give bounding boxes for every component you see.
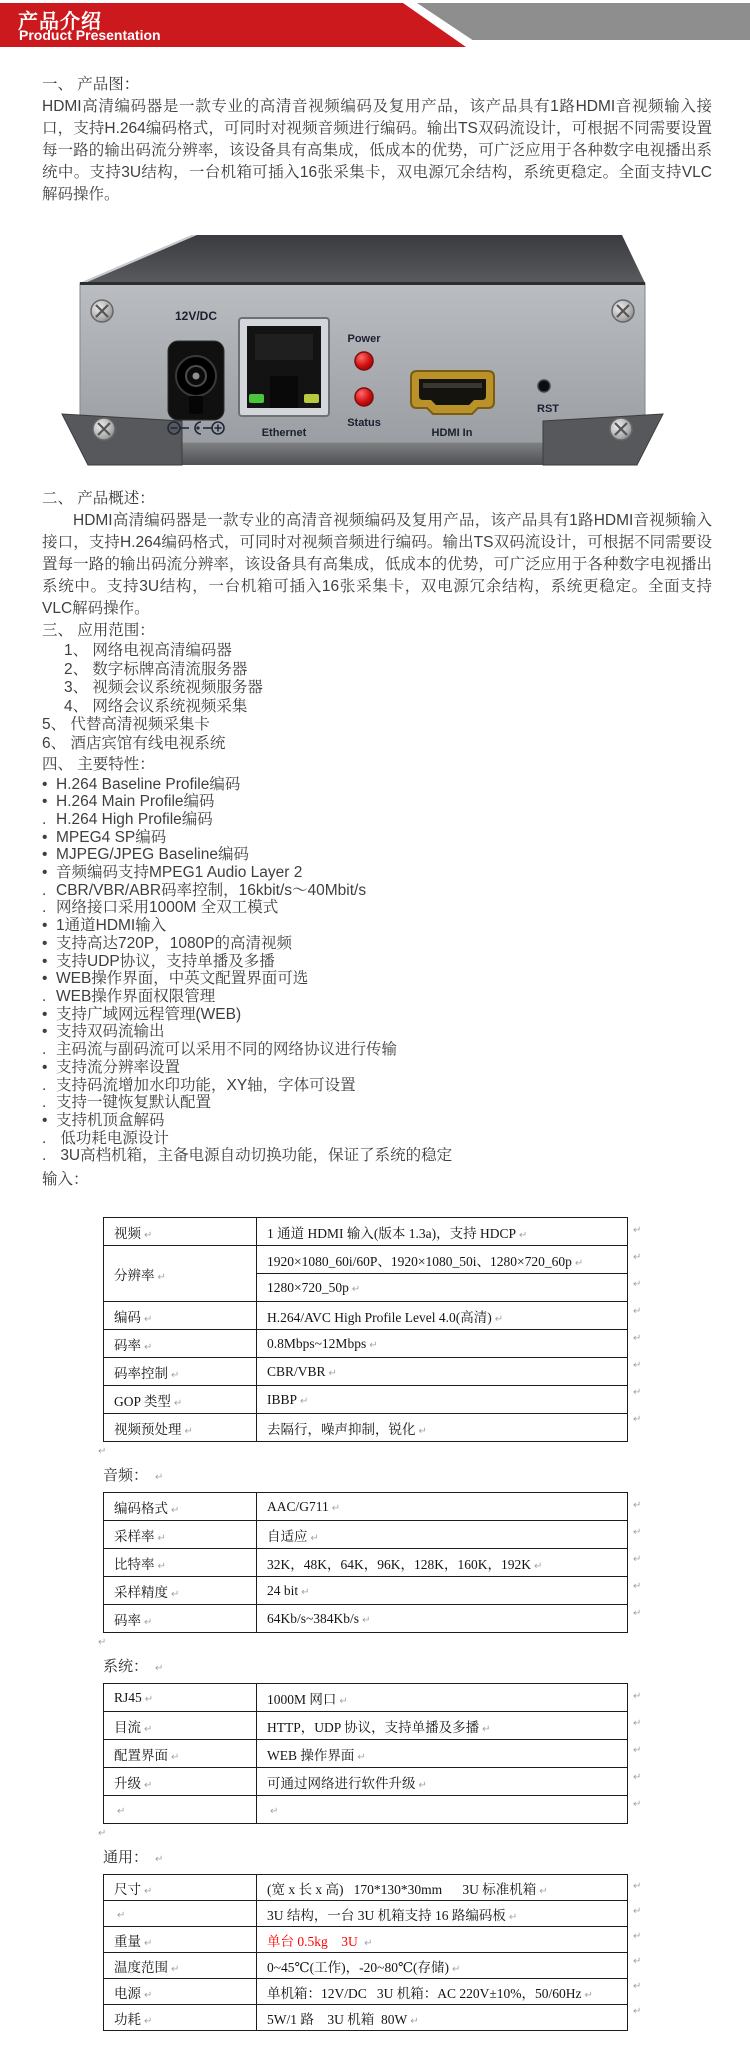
ethernet-port [239, 318, 329, 416]
row-end-marks: ↵↵↵↵↵ [633, 1683, 641, 1818]
feature-item: .支持一键恢复默认配置 [42, 1094, 712, 1112]
list-item: 2、 数字标牌高清流服务器 [64, 661, 712, 680]
spec-label-cell: 温度范围↵ [104, 1953, 257, 1979]
paragraph-mark: ↵ [144, 1314, 152, 1325]
table-row: 码率↵ 64Kb/s~384Kb/s↵ [104, 1605, 628, 1633]
ethernet-led-right [304, 394, 319, 403]
list-item: 6、 酒店宾馆有线电视系统 [42, 735, 712, 754]
feature-item: •MPEG4 SP编码 [42, 829, 712, 847]
paragraph-mark: ↵ [575, 1258, 583, 1269]
power-led-label: Power [347, 333, 381, 345]
row-end-marks: ↵↵↵↵↵ [633, 1492, 641, 1627]
video-spec-table: 视频↵ 1 通道 HDMI 输入(版本 1.3a)，支持 HDCP↵ 分辨率↵ … [103, 1217, 628, 1442]
spec-value-cell: 32K，48K，64K，96K，128K，160K，192K↵ [257, 1549, 628, 1577]
section-1-paragraph: HDMI高清编码器是一款专业的高清音视频编码及复用产品，该产品具有1路HDMI音… [42, 96, 712, 206]
feature-item: . 低功耗电源设计 [42, 1130, 712, 1148]
feature-item: •支持广域网远程管理(WEB) [42, 1006, 712, 1024]
spec-label-cell: ↵ [104, 1901, 257, 1927]
paragraph-mark: ↵ [174, 1398, 182, 1409]
feature-item: .网络接口采用1000M 全双工模式 [42, 899, 712, 917]
feature-item: •MJPEG/JPEG Baseline编码 [42, 846, 712, 864]
list-item: 4、 网络会议系统视频采集 [64, 698, 712, 717]
section-4-heading: 四、 主要特性： [42, 754, 712, 776]
table-row: 电源↵ 单机箱：12V/DC 3U 机箱：AC 220V±10%，50/60Hz… [104, 1979, 628, 2005]
paragraph-mark: ↵ [495, 1314, 503, 1325]
paragraph-mark: ↵ [98, 1827, 712, 1840]
spec-value-cell: ↵ [257, 1796, 628, 1824]
ethernet-led-left [249, 394, 264, 403]
bullet-marker: . [42, 1041, 56, 1059]
paragraph-mark: ↵ [155, 1468, 163, 1488]
spec-value-cell: WEB 操作界面↵ [257, 1740, 628, 1768]
spec-value-cell: 自适应↵ [257, 1521, 628, 1549]
paragraph-mark: ↵ [519, 1230, 527, 1241]
spec-value-cell: IBBP↵ [257, 1386, 628, 1414]
table-row: 功耗↵ 5W/1 路 3U 机箱 80W↵ [104, 2005, 628, 2031]
bullet-marker: • [42, 864, 56, 882]
bullet-marker: • [42, 970, 56, 988]
table-row: 码率↵ 0.8Mbps~12Mbps↵ [104, 1330, 628, 1358]
status-led-label: Status [347, 417, 381, 429]
table-row: 分辨率↵ 1920×1080_60i/60P、1920×1080_50i、128… [104, 1246, 628, 1274]
paragraph-mark: ↵ [185, 1426, 193, 1437]
bullet-marker: . [42, 882, 56, 900]
list-item: 1、 网络电视高清编码器 [64, 642, 712, 661]
feature-item: •支持流分辨率设置 [42, 1059, 712, 1077]
spec-label-cell: 比特率↵ [104, 1549, 257, 1577]
bullet-marker: • [42, 1006, 56, 1024]
table-row: 采样精度↵ 24 bit↵ [104, 1577, 628, 1605]
bullet-marker: • [42, 793, 56, 811]
table-row: 采样率↵ 自适应↵ [104, 1521, 628, 1549]
bullet-marker: • [42, 846, 56, 864]
reset-button [538, 380, 550, 392]
page-header-banner: 产品介绍 Product Presentation [0, 0, 750, 50]
system-table-title: 系统：↵ [103, 1657, 712, 1679]
feature-item: •H.264 Baseline Profile编码 [42, 776, 712, 794]
audio-table-title: 音频：↵ [103, 1466, 712, 1488]
spec-value-cell: 可通过网络进行软件升级↵ [257, 1768, 628, 1796]
power-led [355, 352, 373, 370]
table-row: 目流↵ HTTP，UDP 协议，支持单播及多播↵ [104, 1712, 628, 1740]
paragraph-mark: ↵ [369, 1340, 377, 1351]
paragraph-mark: ↵ [144, 1342, 152, 1353]
paragraph-mark: ↵ [171, 1370, 179, 1381]
bullet-marker: . [42, 1130, 56, 1148]
spec-label-cell: 码率↵ [104, 1330, 257, 1358]
spec-label-cell: 重量↵ [104, 1927, 257, 1953]
spec-label-cell: 目流↵ [104, 1712, 257, 1740]
feature-item: •支持高达720P，1080P的高清视频 [42, 935, 712, 953]
spec-value-cell: 0.8Mbps~12Mbps↵ [257, 1330, 628, 1358]
bullet-marker: . [42, 988, 56, 1006]
device-right-mount-ear [543, 414, 663, 465]
hdmi-port [411, 371, 494, 414]
general-spec-table: 尺寸↵ (宽 x 长 x 高) 170*130*30mm 3U 标准机箱↵ ↵ … [103, 1874, 628, 2031]
bullet-marker: • [42, 1023, 56, 1041]
screw-bottom-right [610, 418, 632, 440]
spec-value-cell: 5W/1 路 3U 机箱 80W↵ [257, 2005, 628, 2031]
spec-value-cell: (宽 x 长 x 高) 170*130*30mm 3U 标准机箱↵ [257, 1875, 628, 1901]
table-row: 视频↵ 1 通道 HDMI 输入(版本 1.3a)，支持 HDCP↵ [104, 1218, 628, 1246]
table-row: 码率控制↵ CBR/VBR↵ [104, 1358, 628, 1386]
status-led [355, 388, 373, 406]
feature-item: .H.264 High Profile编码 [42, 811, 712, 829]
spec-label-cell: 码率↵ [104, 1605, 257, 1633]
feature-list: •H.264 Baseline Profile编码 •H.264 Main Pr… [42, 776, 712, 1165]
table-row: RJ45↵ 1000M 网口↵ [104, 1684, 628, 1712]
spec-value-cell: 3U 结构，一台 3U 机箱支持 16 路编码板↵ [257, 1901, 628, 1927]
feature-item: •支持UDP协议，支持单播及多播 [42, 953, 712, 971]
spec-label-cell: 电源↵ [104, 1979, 257, 2005]
paragraph-mark: ↵ [352, 1284, 360, 1295]
feature-item: •音频编码支持MPEG1 Audio Layer 2 [42, 864, 712, 882]
device-left-mount-ear [62, 414, 182, 465]
table-row: 编码格式↵ AAC/G711↵ [104, 1493, 628, 1521]
spec-value-cell: HTTP，UDP 协议，支持单播及多播↵ [257, 1712, 628, 1740]
spec-value-cell: 单机箱：12V/DC 3U 机箱：AC 220V±10%，50/60Hz↵ [257, 1979, 628, 2005]
paragraph-mark: ↵ [329, 1368, 337, 1379]
paragraph-mark: ↵ [419, 1426, 427, 1437]
page-subtitle: Product Presentation [19, 27, 161, 43]
spec-value-cell: 0~45℃(工作)，-20~80℃(存储)↵ [257, 1953, 628, 1979]
reset-label: RST [537, 403, 559, 415]
table-row: 比特率↵ 32K，48K，64K，96K，128K，160K，192K↵ [104, 1549, 628, 1577]
spec-label-cell: 采样精度↵ [104, 1577, 257, 1605]
spec-value-cell: 64Kb/s~384Kb/s↵ [257, 1605, 628, 1633]
spec-value-cell: 1280×720_50p↵ [257, 1274, 628, 1302]
section-1-heading: 一、 产品图： [42, 74, 712, 96]
feature-item: •1通道HDMI输入 [42, 917, 712, 935]
row-end-marks: ↵↵↵↵↵↵↵↵ [633, 1217, 641, 1433]
bullet-marker: . [42, 811, 56, 829]
spec-label-cell: 采样率↵ [104, 1521, 257, 1549]
application-list: 1、 网络电视高清编码器 2、 数字标牌高清流服务器 3、 视频会议系统视频服务… [42, 642, 712, 754]
bullet-marker: • [42, 953, 56, 971]
feature-item: •WEB操作界面，中英文配置界面可选 [42, 970, 712, 988]
feature-item: •H.264 Main Profile编码 [42, 793, 712, 811]
bullet-marker: • [42, 1059, 56, 1077]
table-row: 温度范围↵ 0~45℃(工作)，-20~80℃(存储)↵ [104, 1953, 628, 1979]
feature-item: •支持双码流输出 [42, 1023, 712, 1041]
feature-item: .CBR/VBR/ABR码率控制，16kbit/s～40Mbit/s [42, 882, 712, 900]
spec-label-cell: ↵ [104, 1796, 257, 1824]
paragraph-mark: ↵ [98, 1445, 712, 1458]
screw-bottom-left [93, 418, 115, 440]
paragraph-mark: ↵ [155, 1659, 163, 1679]
row-end-marks: ↵↵↵↵↵↵ [633, 1874, 641, 2024]
feature-item: •支持机顶盒解码 [42, 1112, 712, 1130]
feature-item: .主码流与副码流可以采用不同的网络协议进行传输 [42, 1041, 712, 1059]
device-top-face [80, 235, 645, 283]
bullet-marker: • [42, 935, 56, 953]
paragraph-mark: ↵ [144, 1230, 152, 1241]
feature-item: . 3U高档机箱，主备电源自动切换功能，保证了系统的稳定 [42, 1147, 712, 1165]
input-section-label: 输入： [42, 1169, 712, 1191]
product-photo: 12V/DC Ethernet Power [42, 218, 712, 468]
table-row: 尺寸↵ (宽 x 长 x 高) 170*130*30mm 3U 标准机箱↵ [104, 1875, 628, 1901]
table-row: ↵ 3U 结构，一台 3U 机箱支持 16 路编码板↵ [104, 1901, 628, 1927]
spec-label-cell: 配置界面↵ [104, 1740, 257, 1768]
table-row: 配置界面↵ WEB 操作界面↵ [104, 1740, 628, 1768]
section-2-paragraph: HDMI高清编码器是一款专业的高清音视频编码及复用产品，该产品具有1路HDMI音… [42, 510, 712, 620]
feature-item: .支持码流增加水印功能，XY轴，字体可设置 [42, 1077, 712, 1095]
spec-label-cell: 视频预处理↵ [104, 1414, 257, 1442]
table-row: 视频预处理↵ 去隔行，噪声抑制，锐化↵ [104, 1414, 628, 1442]
weight-value-red: 单台 0.5kg 3U [267, 1934, 361, 1949]
general-table-title: 通用：↵ [103, 1848, 712, 1870]
bullet-marker: • [42, 917, 56, 935]
spec-value-cell: H.264/AVC High Profile Level 4.0(高清)↵ [257, 1302, 628, 1330]
screw-top-right [612, 300, 634, 322]
system-spec-table: RJ45↵ 1000M 网口↵ 目流↵ HTTP，UDP 协议，支持单播及多播↵… [103, 1683, 628, 1824]
spec-value-cell: 去隔行，噪声抑制，锐化↵ [257, 1414, 628, 1442]
device-base [107, 443, 617, 465]
spec-label-cell: RJ45↵ [104, 1684, 257, 1712]
spec-label-cell: 码率控制↵ [104, 1358, 257, 1386]
spec-label-cell: 视频↵ [104, 1218, 257, 1246]
list-item: 5、 代替高清视频采集卡 [42, 716, 712, 735]
bullet-marker: . [42, 899, 56, 917]
spec-label-cell: 功耗↵ [104, 2005, 257, 2031]
bullet-marker: . [42, 1147, 56, 1165]
spec-value-cell: CBR/VBR↵ [257, 1358, 628, 1386]
bullet-marker: . [42, 1077, 56, 1095]
list-item: 3、 视频会议系统视频服务器 [64, 679, 712, 698]
spec-label-cell: GOP 类型↵ [104, 1386, 257, 1414]
screw-top-left [91, 300, 113, 322]
spec-label-cell: 编码↵ [104, 1302, 257, 1330]
spec-value-cell: 单台 0.5kg 3U ↵ [257, 1927, 628, 1953]
spec-value-cell: 1 通道 HDMI 输入(版本 1.3a)，支持 HDCP↵ [257, 1218, 628, 1246]
paragraph-mark: ↵ [98, 1636, 712, 1649]
spec-value-cell: 1920×1080_60i/60P、1920×1080_50i、1280×720… [257, 1246, 628, 1274]
spec-value-cell: AAC/G711↵ [257, 1493, 628, 1521]
feature-item: .WEB操作界面权限管理 [42, 988, 712, 1006]
dc-power-jack [168, 341, 224, 420]
table-row: GOP 类型↵ IBBP↵ [104, 1386, 628, 1414]
bullet-marker: • [42, 1112, 56, 1130]
spec-value-cell: 24 bit↵ [257, 1577, 628, 1605]
bullet-marker: . [42, 1094, 56, 1112]
dc-power-label: 12V/DC [175, 309, 217, 323]
hdmi-label: HDMI In [432, 427, 473, 439]
spec-label-cell: 分辨率↵ [104, 1246, 257, 1302]
paragraph-mark: ↵ [158, 1272, 166, 1283]
spec-label-cell: 尺寸↵ [104, 1875, 257, 1901]
table-row: 编码↵ H.264/AVC High Profile Level 4.0(高清)… [104, 1302, 628, 1330]
paragraph-mark: ↵ [300, 1396, 308, 1407]
ethernet-label: Ethernet [262, 427, 307, 439]
table-row: ↵ ↵ [104, 1796, 628, 1824]
spec-label-cell: 升级↵ [104, 1768, 257, 1796]
paragraph-mark: ↵ [155, 1850, 163, 1870]
table-row: 重量↵ 单台 0.5kg 3U ↵ [104, 1927, 628, 1953]
table-row: 升级↵ 可通过网络进行软件升级↵ [104, 1768, 628, 1796]
section-3-heading: 三、 应用范围： [42, 620, 712, 642]
spec-value-cell: 1000M 网口↵ [257, 1684, 628, 1712]
audio-spec-table: 编码格式↵ AAC/G711↵ 采样率↵ 自适应↵ 比特率↵ 32K，48K，6… [103, 1492, 628, 1633]
spec-label-cell: 编码格式↵ [104, 1493, 257, 1521]
bullet-marker: • [42, 829, 56, 847]
section-2-heading: 二、 产品概述： [42, 488, 712, 510]
bullet-marker: • [42, 776, 56, 794]
